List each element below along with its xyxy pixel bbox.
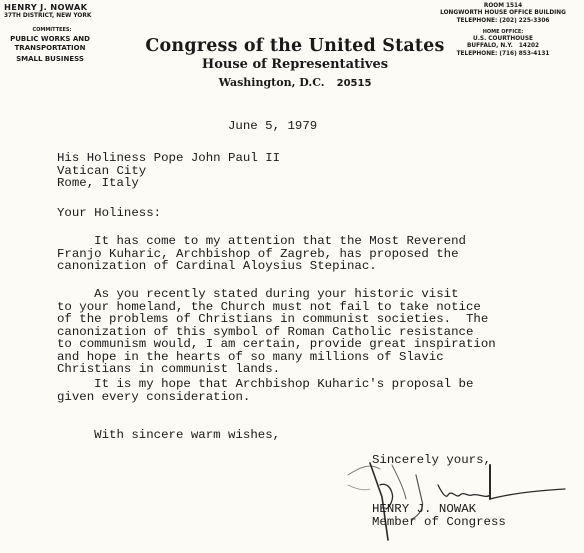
signer-name: HENRY J. NOWAK (372, 503, 506, 516)
paragraph-1: It has come to my attention that the Mos… (57, 235, 466, 273)
paragraph-4: With sincere warm wishes, (57, 429, 280, 442)
paragraph-line: to communism would, I am certain, provid… (57, 338, 496, 351)
paragraph-2: As you recently stated during your histo… (57, 288, 496, 376)
committee-line: PUBLIC WORKS AND (4, 35, 96, 44)
paragraph-3: It is my hope that Archbishop Kuharic's … (57, 378, 473, 403)
salutation: Your Holiness: (57, 207, 161, 220)
paragraph-line: With sincere warm wishes, (57, 429, 280, 442)
letterhead-right: ROOM 1514 LONGWORTH HOUSE OFFICE BUILDIN… (428, 3, 578, 58)
paragraph-line: Christians in communist lands. (57, 363, 496, 376)
district: 37TH DISTRICT, NEW YORK (4, 13, 96, 19)
member-name: HENRY J. NOWAK (4, 2, 96, 12)
letterhead-address: Washington, D.C.20515 (140, 76, 450, 91)
building: LONGWORTH HOUSE OFFICE BUILDING (428, 10, 578, 17)
committee-line: TRANSPORTATION (4, 44, 96, 53)
home-city: BUFFALO, N.Y. 14202 (428, 43, 578, 50)
letter-page: HENRY J. NOWAK 37TH DISTRICT, NEW YORK C… (0, 0, 584, 553)
closing: Sincerely yours, (372, 453, 491, 467)
letterhead-center: Congress of the United States House of R… (140, 36, 450, 91)
letterhead-left: HENRY J. NOWAK 37TH DISTRICT, NEW YORK C… (4, 2, 96, 63)
letterhead-city: Washington, D.C. (219, 76, 325, 89)
home-building: U.S. COURTHOUSE (428, 36, 578, 43)
paragraph-line: of the problems of Christians in communi… (57, 313, 496, 326)
letterhead-title: Congress of the United States (140, 36, 450, 56)
recipient-line: Rome, Italy (57, 177, 280, 190)
paragraph-line: It has come to my attention that the Mos… (57, 235, 466, 248)
committees-label: COMMITTEES: (4, 27, 96, 33)
signer-title: Member of Congress (372, 516, 506, 529)
recipient-line: His Holiness Pope John Paul II (57, 152, 280, 165)
paragraph-line: It is my hope that Archbishop Kuharic's … (57, 378, 473, 391)
letter-date: June 5, 1979 (228, 119, 317, 133)
home-office-label: HOME OFFICE: (428, 29, 578, 36)
paragraph-line: canonization of Cardinal Aloysius Stepin… (57, 260, 466, 273)
paragraph-line: As you recently stated during your histo… (57, 288, 496, 301)
letterhead-zip: 20515 (337, 78, 372, 89)
dc-phone: TELEPHONE: (202) 225-3306 (428, 18, 578, 25)
paragraph-line: given every consideration. (57, 391, 473, 404)
letterhead-subtitle: House of Representatives (140, 57, 450, 73)
room: ROOM 1514 (428, 3, 578, 10)
committee-line: SMALL BUSINESS (4, 55, 96, 63)
signature-block: HENRY J. NOWAKMember of Congress (372, 503, 506, 528)
recipient-address: His Holiness Pope John Paul IIVatican Ci… (57, 152, 280, 190)
home-phone: TELEPHONE: (716) 853-4131 (428, 51, 578, 58)
